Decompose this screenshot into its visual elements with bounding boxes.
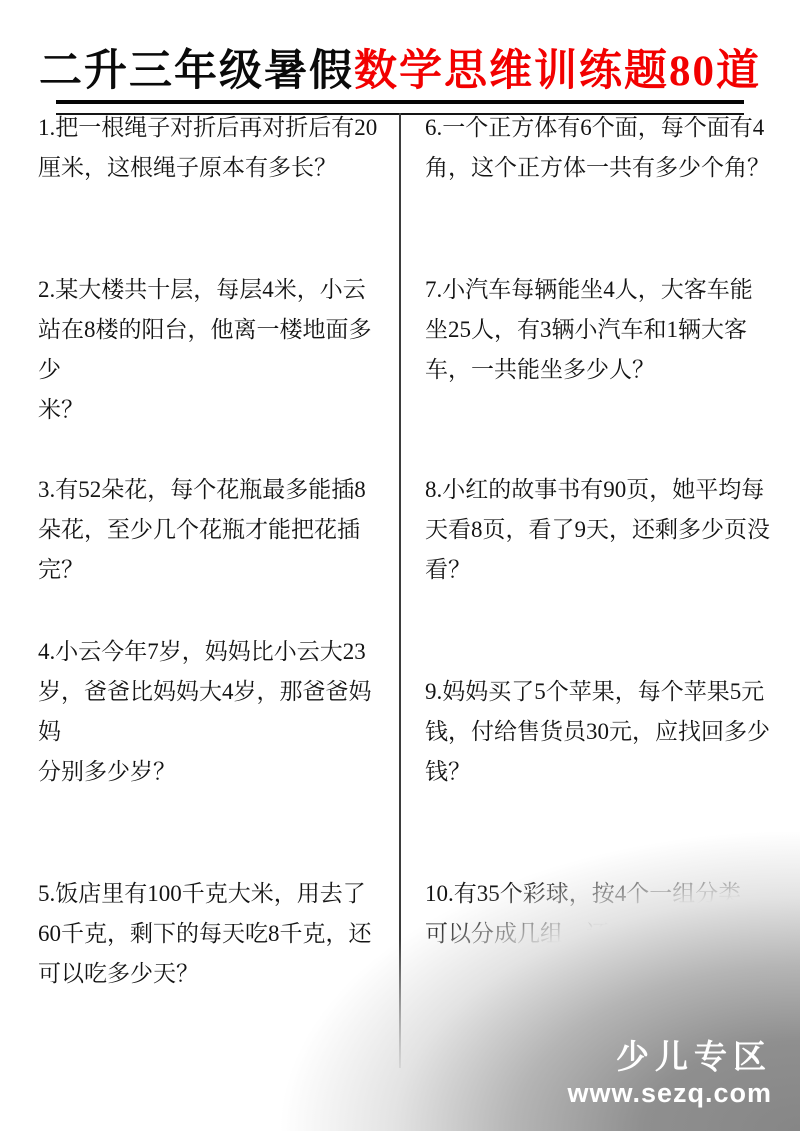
page-title: 二升三年级暑假数学思维训练题80道 <box>0 46 800 98</box>
question-2: 2.某大楼共十层，每层4米，小云 站在8楼的阳台，他离一楼地面多少 米？ <box>38 270 394 430</box>
title-highlight: 数学思维训练题80道 <box>354 48 761 95</box>
question-6: 6.一个正方体有6个面，每个面有4 角，这个正方体一共有多少个角？ <box>425 108 781 188</box>
question-7: 7.小汽车每辆能坐4人，大客车能 坐25人，有3辆小汽车和1辆大客 车，一共能坐… <box>425 270 781 390</box>
watermark-url: www.sezq.com <box>567 1078 772 1108</box>
title-prefix: 二升三年级暑假 <box>39 48 354 95</box>
question-8: 8.小红的故事书有90页，她平均每 天看8页，看了9天，还剩多少页没 看？ <box>425 470 781 590</box>
question-1: 1.把一根绳子对折后再对折后有20 厘米，这根绳子原本有多长？ <box>38 108 394 188</box>
question-3: 3.有52朵花，每个花瓶最多能插8 朵花，至少几个花瓶才能把花插完？ <box>38 470 394 590</box>
watermark: 少儿专区 www.sezq.com <box>567 1038 772 1108</box>
question-9: 9.妈妈买了5个苹果，每个苹果5元 钱，付给售货员30元，应找回多少 钱？ <box>425 672 781 792</box>
watermark-brand: 少儿专区 <box>567 1038 772 1076</box>
question-4: 4.小云今年7岁，妈妈比小云大23 岁，爸爸比妈妈大4岁，那爸爸妈妈 分别多少岁… <box>38 632 394 792</box>
worksheet-page: 二升三年级暑假数学思维训练题80道 1.把一根绳子对折后再对折后有20 厘米，这… <box>0 0 800 1131</box>
